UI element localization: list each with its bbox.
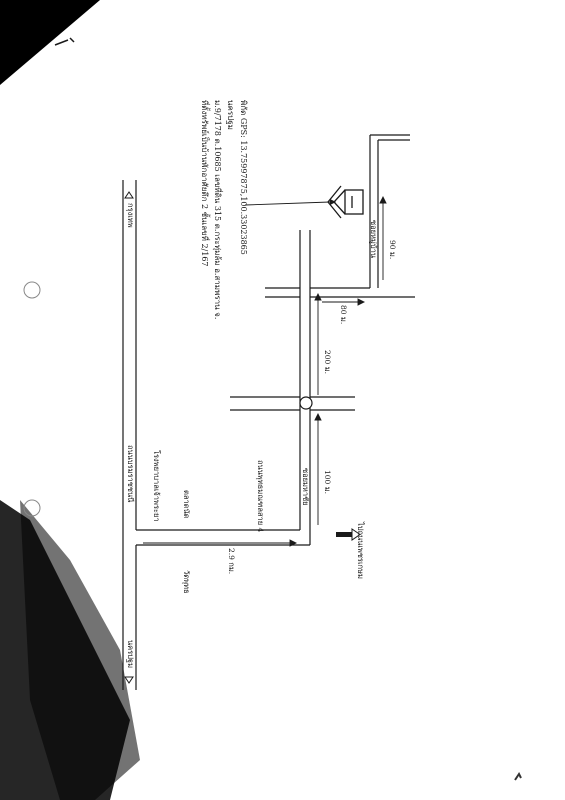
- road-soi-end: ซอยหมู่บ้าน: [370, 220, 378, 258]
- arrow-to-bangkok-icon: [125, 192, 133, 198]
- distance-80m: 80 ม.: [340, 305, 348, 324]
- gps-coordinates: พิกัด GPS: 13.75997875,100.33023865: [239, 100, 247, 255]
- landmark-market: ตลาดนัด: [183, 490, 191, 519]
- roundabout-icon: [300, 397, 312, 409]
- direction-bangkok: กรุงเทพ: [127, 203, 135, 228]
- distance-100m: 100 ม.: [324, 470, 332, 494]
- road-soi-main: ซอยมหาชัย: [302, 468, 310, 506]
- property-note-line3: นครปฐม: [226, 100, 234, 130]
- road-side-left: ถนนพุทธมณฑลสาย 4: [257, 460, 265, 532]
- property-note-line2: ม.9/7178 ต.10685 เลขที่ดิน 315 ต.กระทุ่ม…: [213, 100, 221, 319]
- scan-shadow-top-left: [0, 0, 100, 85]
- property-note-line1: ที่ตั้งทรัพย์เป็นบ้านพักอาศัยตึก 2 ชั้นเ…: [200, 100, 208, 267]
- distance-200m: 200 ม.: [324, 350, 332, 374]
- road-main-highway: ถนนบรมราชชนนี: [127, 445, 135, 502]
- distance-2-9km: 2.9 กม.: [228, 548, 236, 574]
- landmark-temple: วัดพุทธ: [183, 570, 191, 594]
- direction-phetkasem: ไปถนนเพชรเกษม: [357, 522, 365, 579]
- arrow-to-nakhonpathom-icon: [125, 677, 133, 683]
- distance-90m: 90 ม.: [389, 240, 397, 259]
- map-drawing: [0, 0, 565, 800]
- landmark-hospital: โรงพยาบาลเจ้าพระยา: [153, 450, 161, 522]
- direction-nakhonpathom: นครปฐม: [127, 640, 135, 668]
